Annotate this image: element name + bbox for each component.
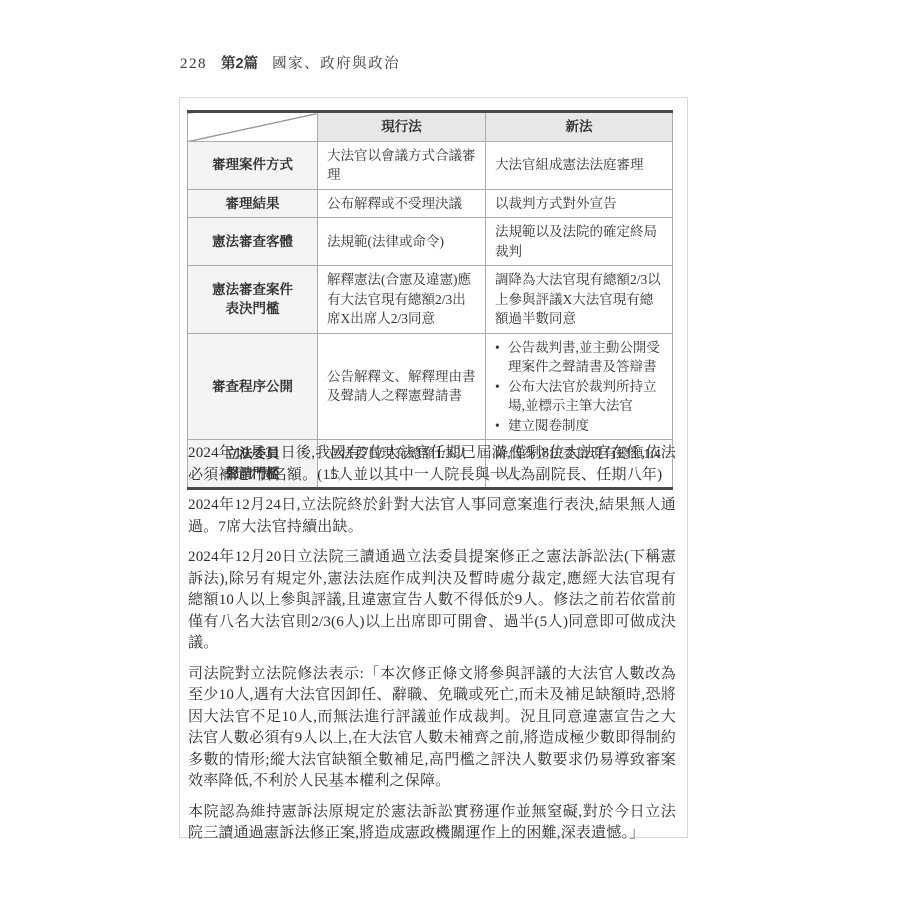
row-label: 憲法審查案件 表決門檻 [188, 266, 318, 334]
cell-new-law: 大法官組成憲法法庭審理 [486, 141, 673, 189]
bullet-icon: • [495, 338, 508, 358]
row-label: 審查程序公開 [188, 333, 318, 440]
cell-current-law: 公布解釋或不受理決議 [318, 189, 486, 218]
bullet-icon: • [495, 377, 508, 397]
table-header-row: 現行法 新法 [188, 112, 673, 142]
row-label-line: 表決門檻 [197, 299, 308, 319]
bullet-text: 公布大法官於裁判所持立場,並標示主筆大法官 [508, 377, 663, 416]
table-row: 憲法審查客體 法規範(法律或命令) 法規範以及法院的確定終局裁判 [188, 218, 673, 266]
paragraph: 2024年12月20日立法院三讀通過立法委員提案修正之憲法訴訟法(下稱憲訴法),… [188, 547, 676, 655]
bullet-list-item: • 建立閱卷制度 [495, 416, 663, 436]
row-label: 審理案件方式 [188, 141, 318, 189]
part-title: 國家、政府與政治 [272, 52, 400, 73]
row-label: 審理結果 [188, 189, 318, 218]
body-text: 2024年10月31日後,我國有7位大法官任期已屆滿,僅剩8位大法官在任,依法必… [188, 443, 676, 854]
cell-new-law: 調降為大法官現有總額2/3以上參與評議X大法官現有總額過半數同意 [486, 266, 673, 334]
cell-current-law: 大法官以會議方式合議審理 [318, 141, 486, 189]
page-number: 228 [180, 56, 207, 73]
table-corner-cell [188, 112, 318, 142]
bullet-list-item: • 公告裁判書,並主動公開受理案件之聲請書及答辯書 [495, 338, 663, 377]
bullet-text: 建立閱卷制度 [508, 416, 663, 436]
bullet-icon: • [495, 416, 508, 436]
row-label-line: 憲法審查案件 [197, 280, 308, 300]
table-row: 審理結果 公布解釋或不受理決議 以裁判方式對外宣告 [188, 189, 673, 218]
law-comparison-table: 現行法 新法 審理案件方式 大法官以會議方式合議審理 大法官組成憲法法庭審理 審… [187, 110, 673, 490]
paragraph: 司法院對立法院修法表示:「本次修正條文將參與評議的大法官人數改為至少10人,遇有… [188, 664, 676, 793]
column-header-current-law: 現行法 [318, 112, 486, 142]
cell-new-law: 法規範以及法院的確定終局裁判 [486, 218, 673, 266]
page-header: 228 第2篇 國家、政府與政治 [180, 52, 400, 73]
table-row: 審查程序公開 公告解釋文、解釋理由書及聲請人之釋憲聲請書 • 公告裁判書,並主動… [188, 333, 673, 440]
paragraph: 2024年10月31日後,我國有7位大法官任期已屆滿,僅剩8位大法官在任,依法必… [188, 443, 676, 486]
column-header-new-law: 新法 [486, 112, 673, 142]
paragraph: 本院認為維持憲訴法原規定於憲法訴訟實務運作並無窒礙,對於今日立法院三讀通過憲訴法… [188, 802, 676, 845]
cell-current-law: 解釋憲法(合憲及違憲)應有大法官現有總額2/3出席X出席人2/3同意 [318, 266, 486, 334]
bullet-text: 公告裁判書,並主動公開受理案件之聲請書及答辯書 [508, 338, 663, 377]
part-label: 第2篇 [221, 52, 258, 73]
cell-new-law: 以裁判方式對外宣告 [486, 189, 673, 218]
cell-current-law: 公告解釋文、解釋理由書及聲請人之釋憲聲請書 [318, 333, 486, 440]
paragraph: 2024年12月24日,立法院終於針對大法官人事同意案進行表決,結果無人通過。7… [188, 495, 676, 538]
cell-new-law: • 公告裁判書,並主動公開受理案件之聲請書及答辯書 • 公布大法官於裁判所持立場… [486, 333, 673, 440]
table-row: 審理案件方式 大法官以會議方式合議審理 大法官組成憲法法庭審理 [188, 141, 673, 189]
table-row: 憲法審查案件 表決門檻 解釋憲法(合憲及違憲)應有大法官現有總額2/3出席X出席… [188, 266, 673, 334]
row-label: 憲法審查客體 [188, 218, 318, 266]
bullet-list-item: • 公布大法官於裁判所持立場,並標示主筆大法官 [495, 377, 663, 416]
cell-current-law: 法規範(法律或命令) [318, 218, 486, 266]
